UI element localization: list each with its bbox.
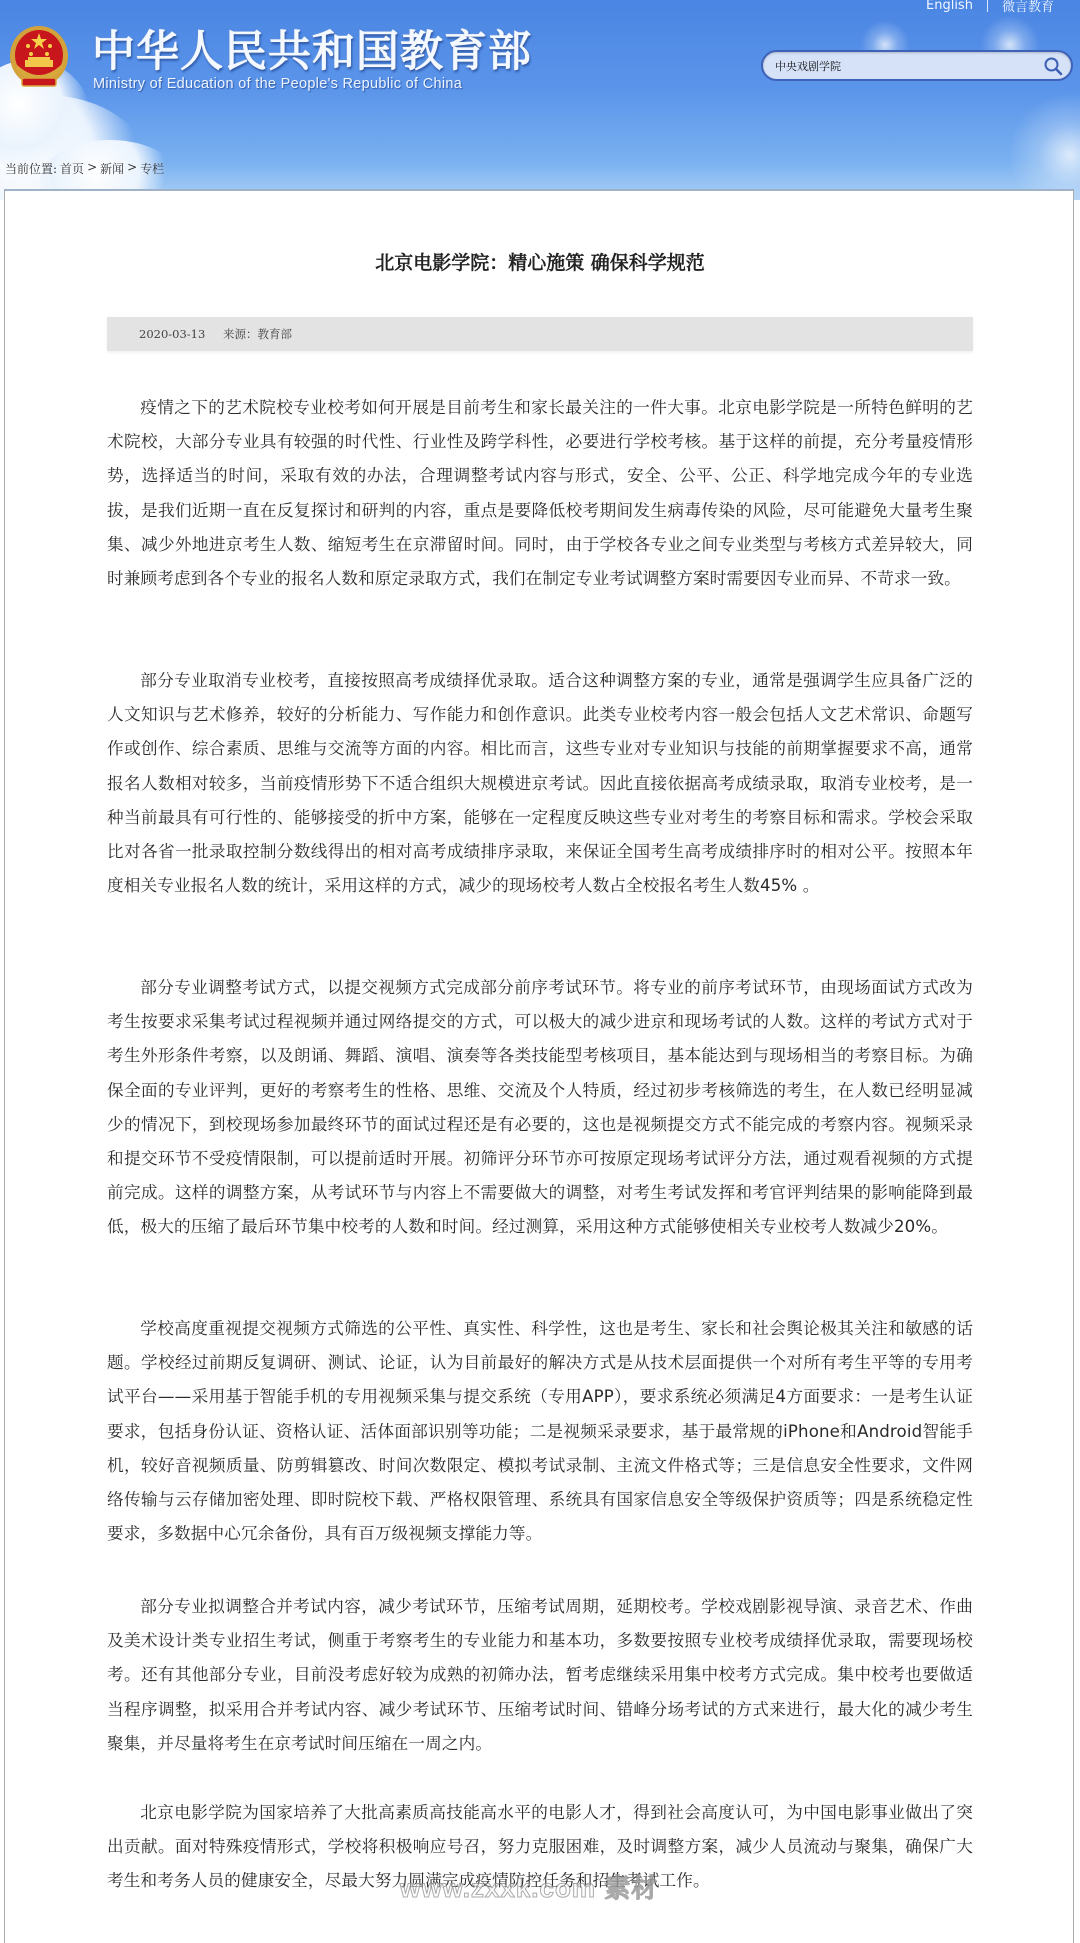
search-input[interactable] <box>775 57 1025 75</box>
breadcrumb: 当前位置: 首页 > 新闻 > 专栏 <box>5 160 164 177</box>
article-paragraph: 疫情之下的艺术院校专业校考如何开展是目前考生和家长最关注的一件大事。北京电影学院… <box>107 391 973 596</box>
top-links: English 微言教育 <box>926 0 1054 15</box>
breadcrumb-separator: > <box>127 160 137 177</box>
breadcrumb-column[interactable]: 专栏 <box>140 160 164 177</box>
national-emblem-icon[interactable] <box>8 24 70 92</box>
english-link[interactable]: English <box>926 0 973 13</box>
weiyan-education-link[interactable]: 微言教育 <box>1002 0 1054 15</box>
link-divider <box>987 0 988 12</box>
breadcrumb-label: 当前位置: <box>5 160 57 177</box>
article-paragraph: 部分专业拟调整合并考试内容，减少考试环节，压缩考试周期，延期校考。学校戏剧影视导… <box>107 1590 973 1761</box>
breadcrumb-separator: > <box>87 160 97 177</box>
article-paragraph: 学校高度重视提交视频方式筛选的公平性、真实性、科学性，这也是考生、家长和社会舆论… <box>107 1312 973 1551</box>
article-meta-bar: 2020-03-13 来源：教育部 <box>107 317 973 351</box>
breadcrumb-news[interactable]: 新闻 <box>100 160 124 177</box>
article-paragraph: 部分专业调整考试方式，以提交视频方式完成部分前序考试环节。将专业的前序考试环节，… <box>107 971 973 1245</box>
article-title: 北京电影学院：精心施策 确保科学规范 <box>0 248 1080 275</box>
article-date: 2020-03-13 <box>139 317 205 351</box>
site-title[interactable]: 中华人民共和国教育部 <box>92 18 532 79</box>
article-paragraph: 部分专业取消专业校考，直接按照高考成绩择优录取。适合这种调整方案的专业，通常是强… <box>107 664 973 903</box>
breadcrumb-home[interactable]: 首页 <box>60 160 84 177</box>
site-header: 中华人民共和国教育部 Ministry of Education of the … <box>0 0 1080 200</box>
search-box <box>761 50 1073 81</box>
search-icon[interactable] <box>1043 56 1063 76</box>
article-source: 来源：教育部 <box>223 317 292 351</box>
article-paragraph: 北京电影学院为国家培养了大批高素质高技能高水平的电影人才，得到社会高度认可，为中… <box>107 1796 973 1899</box>
dandelion-decoration <box>1010 90 1080 200</box>
site-subtitle: Ministry of Education of the People's Re… <box>93 76 462 92</box>
